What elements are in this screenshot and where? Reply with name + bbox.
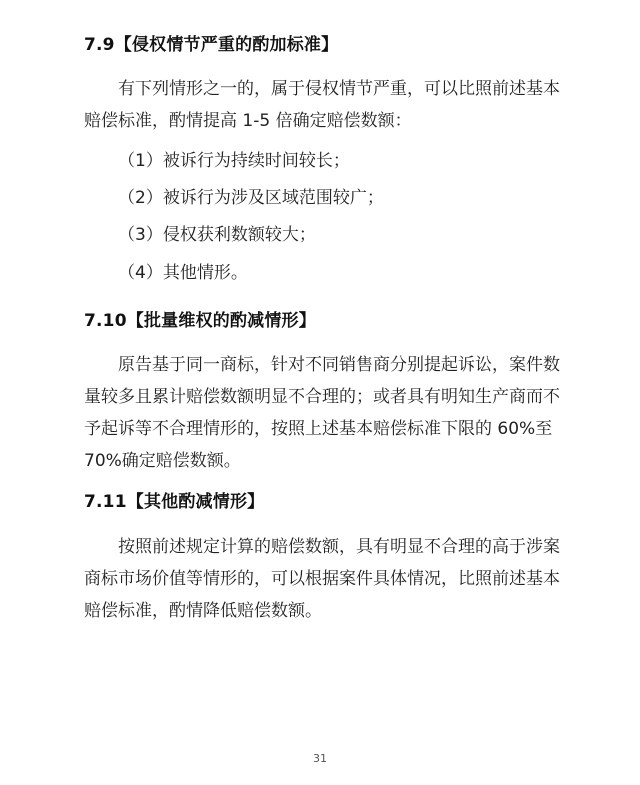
section-heading-7-10: 7.10【批量维权的酌减情形】 <box>84 306 316 331</box>
document-page: 7.9【侵权情节严重的酌加标准】 有下列情形之一的，属于侵权情节严重，可以比照前… <box>0 0 640 785</box>
paragraph-line: 有下列情形之一的，属于侵权情节严重，可以比照前述基本 <box>84 73 584 105</box>
list-item: （2）被诉行为涉及区域范围较广； <box>118 183 384 208</box>
section-heading-7-9: 7.9【侵权情节严重的酌加标准】 <box>84 30 338 55</box>
paragraph-line: 予起诉等不合理情形的，按照上述基本赔偿标准下限的 60%至 <box>84 413 584 445</box>
section-7-11-paragraph: 按照前述规定计算的赔偿数额，具有明显不合理的高于涉案 商标市场价值等情形的，可以… <box>84 531 584 627</box>
paragraph-line: 赔偿标准，酌情提高 1-5 倍确定赔偿数额： <box>84 105 584 137</box>
paragraph-line: 按照前述规定计算的赔偿数额，具有明显不合理的高于涉案 <box>84 531 584 563</box>
section-heading-7-11: 7.11【其他酌减情形】 <box>84 487 264 512</box>
paragraph-line: 商标市场价值等情形的，可以根据案件具体情况，比照前述基本 <box>84 563 584 595</box>
paragraph-line: 赔偿标准，酌情降低赔偿数额。 <box>84 595 584 627</box>
paragraph-line: 原告基于同一商标，针对不同销售商分别提起诉讼，案件数 <box>84 349 584 381</box>
paragraph-line: 70%确定赔偿数额。 <box>84 445 584 477</box>
list-item: （1）被诉行为持续时间较长； <box>118 146 350 171</box>
paragraph-line: 量较多且累计赔偿数额明显不合理的；或者具有明知生产商而不 <box>84 381 584 413</box>
section-7-10-paragraph: 原告基于同一商标，针对不同销售商分别提起诉讼，案件数 量较多且累计赔偿数额明显不… <box>84 349 584 477</box>
section-7-9-paragraph: 有下列情形之一的，属于侵权情节严重，可以比照前述基本 赔偿标准，酌情提高 1-5… <box>84 73 584 137</box>
page-number: 31 <box>0 752 640 765</box>
list-item: （3）侵权获利数额较大； <box>118 220 316 245</box>
list-item: （4）其他情形。 <box>118 258 248 283</box>
